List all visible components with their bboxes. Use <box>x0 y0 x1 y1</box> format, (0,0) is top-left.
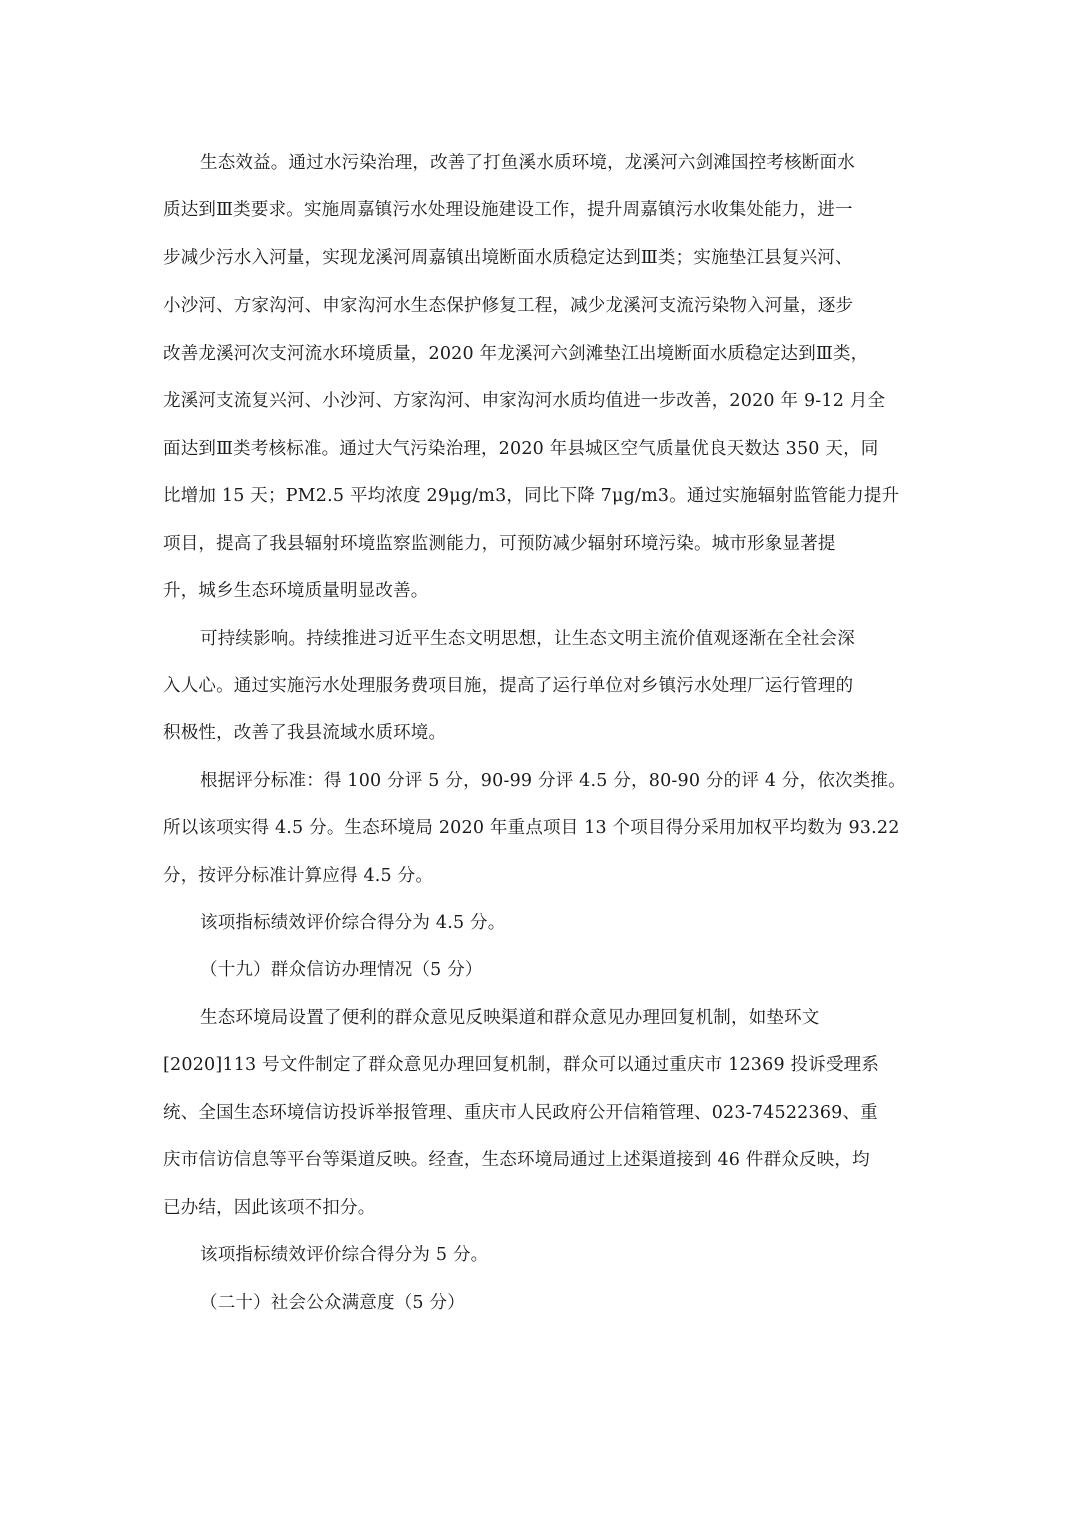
text-line: 可持续影响。持续推进习近平生态文明思想，让生态文明主流价值观逐渐在全社会深 <box>200 627 855 651</box>
text-line: 生态环境局设置了便利的群众意见反映渠道和群众意见办理回复机制，如垫环文 <box>200 1006 820 1030</box>
text-line: 所以该项实得 4.5 分。生态环境局 2020 年重点项目 13 个项目得分采用… <box>163 816 900 840</box>
text-line: 该项指标绩效评价综合得分为 4.5 分。 <box>200 911 505 935</box>
section-heading: （二十）社会公众满意度（5 分） <box>200 1291 465 1315</box>
text-line: 统、全国生态环境信访投诉举报管理、重庆市人民政府公开信箱管理、023-74522… <box>163 1101 878 1125</box>
text-line: 根据评分标准：得 100 分评 5 分，90-99 分评 4.5 分，80-90… <box>200 769 906 793</box>
text-line: [2020]113 号文件制定了群众意见办理回复机制，群众可以通过重庆市 123… <box>163 1053 879 1077</box>
document-page: 生态效益。通过水污染治理，改善了打鱼溪水质环境，龙溪河六剑滩国控考核断面水 质达… <box>0 0 1075 1521</box>
text-line: 该项指标绩效评价综合得分为 5 分。 <box>200 1243 488 1267</box>
text-line: 已办结，因此该项不扣分。 <box>163 1196 375 1220</box>
text-line: 项目，提高了我县辐射环境监察监测能力，可预防减少辐射环境污染。城市形象显著提 <box>163 532 836 556</box>
text-line: 积极性，改善了我县流域水质环境。 <box>163 721 446 745</box>
text-line: 小沙河、方家沟河、申家沟河水生态保护修复工程，减少龙溪河支流污染物入河量，逐步 <box>163 294 853 318</box>
text-line: 升，城乡生态环境质量明显改善。 <box>163 579 429 603</box>
text-line: 步减少污水入河量，实现龙溪河周嘉镇出境断面水质稳定达到Ⅲ类；实施垫江县复兴河、 <box>163 246 853 270</box>
text-line: 分，按评分标准计算应得 4.5 分。 <box>163 864 433 888</box>
text-line: 生态效益。通过水污染治理，改善了打鱼溪水质环境，龙溪河六剑滩国控考核断面水 <box>200 151 855 175</box>
text-line: 改善龙溪河次支河流水环境质量，2020 年龙溪河六剑滩垫江出境断面水质稳定达到Ⅲ… <box>163 342 868 366</box>
text-line: 比增加 15 天；PM2.5 平均浓度 29μg/m3，同比下降 7μg/m3。… <box>163 484 899 508</box>
section-heading: （十九）群众信访办理情况（5 分） <box>200 958 483 982</box>
text-line: 入人心。通过实施污水处理服务费项目施，提高了运行单位对乡镇污水处理厂运行管理的 <box>163 674 853 698</box>
text-line: 龙溪河支流复兴河、小沙河、方家沟河、申家沟河水质均值进一步改善，2020 年 9… <box>163 389 885 413</box>
text-line: 质达到Ⅲ类要求。实施周嘉镇污水处理设施建设工作，提升周嘉镇污水收集处能力，进一 <box>163 198 853 222</box>
text-line: 庆市信访信息等平台等渠道反映。经查，生态环境局通过上述渠道接到 46 件群众反映… <box>163 1148 870 1172</box>
text-line: 面达到Ⅲ类考核标准。通过大气污染治理，2020 年县城区空气质量优良天数达 35… <box>163 437 879 461</box>
